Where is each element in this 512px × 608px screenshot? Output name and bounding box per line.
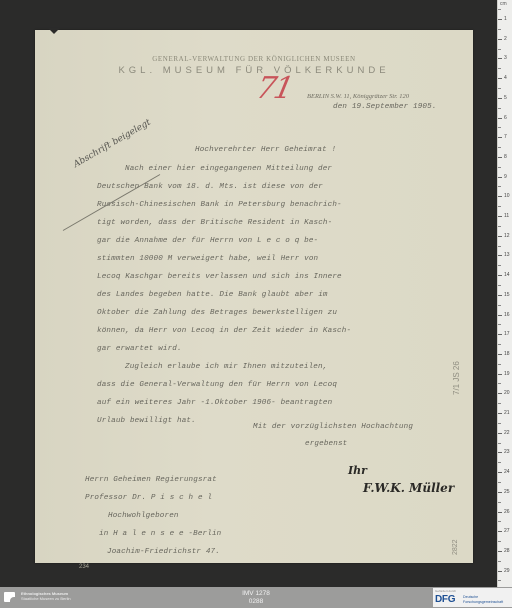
vertical-archive-stamp: 7/1 JS 26	[452, 361, 461, 395]
body-line: tigt worden, dass der Britische Resident…	[97, 219, 332, 227]
ruler-label: 25	[504, 490, 510, 495]
ruler-tick	[498, 334, 502, 335]
ruler-label: 22	[504, 431, 510, 436]
red-archive-number: 71	[253, 71, 295, 106]
funder-caption: Gefördert durch	[435, 589, 456, 593]
funder-name-line-2: Forschungsgemeinschaft	[463, 600, 503, 605]
signature-ihr: Ihr	[348, 464, 367, 477]
ruler-tick	[498, 246, 501, 247]
ruler-label: 16	[504, 313, 510, 318]
ruler-tick	[498, 531, 502, 532]
ruler-tick	[498, 561, 501, 562]
ruler-label: 8	[504, 155, 507, 160]
ruler-tick	[498, 49, 501, 50]
ruler-tick	[498, 551, 502, 552]
recipient-line: Hochwohlgeboren	[108, 512, 179, 520]
ruler-tick	[498, 354, 502, 355]
ruler-tick	[498, 196, 502, 197]
ruler-label: 18	[504, 352, 510, 357]
body-line: stimmten 10000 M verweigert habe, weil H…	[97, 255, 318, 263]
ruler-tick	[498, 255, 502, 256]
ruler-tick	[498, 98, 502, 99]
ruler-tick	[498, 393, 502, 394]
ruler-tick	[498, 571, 502, 572]
ruler-tick	[498, 68, 501, 69]
ruler-tick	[498, 177, 502, 178]
body-line: Lecoq Kaschgar bereits verlassen und sic…	[97, 273, 342, 281]
ruler-tick	[498, 275, 502, 276]
ruler-label: 13	[504, 253, 510, 258]
ruler-tick	[498, 226, 501, 227]
ruler-tick	[498, 58, 502, 59]
ruler-label: 2	[504, 37, 507, 42]
ruler-tick	[498, 265, 501, 266]
closing-line: Mit der vorzüglichsten Hochachtung	[253, 423, 413, 431]
recipient-line: Professor Dr. P i s c h e l	[85, 494, 212, 502]
shelfmark-block: IMV 1278 0288	[226, 590, 286, 606]
ruler-label: 29	[504, 569, 510, 574]
cm-ruler: cm 1234567891011121314151617181920212223…	[497, 0, 512, 587]
sender-address: BERLIN S.W. 11, Königgrätzer Str. 120	[307, 93, 409, 100]
ruler-label: 27	[504, 529, 510, 534]
ruler-label: 28	[504, 549, 510, 554]
ruler-tick	[498, 492, 502, 493]
ruler-tick	[498, 295, 502, 296]
ruler-tick	[498, 433, 502, 434]
ruler-tick	[498, 216, 502, 217]
ruler-tick	[498, 452, 502, 453]
funder-name: Deutsche Forschungsgemeinschaft	[463, 595, 503, 604]
body-line: gar erwartet wird.	[97, 345, 182, 353]
ruler-label: 7	[504, 135, 507, 140]
dfg-funder-badge: Gefördert durch DFG Deutsche Forschungsg…	[433, 588, 512, 607]
signature-name: F.W.K. Müller	[363, 481, 454, 495]
greeting: Hochverehrter Herr Geheimrat !	[195, 146, 336, 154]
letter-page: GENERAL-VERWALTUNG DER KÖNIGLICHEN MUSEE…	[35, 30, 473, 563]
body-line: Oktober die Zahlung des Betrages bewerks…	[97, 309, 337, 317]
ruler-label: 24	[504, 470, 510, 475]
body-line: dass die General-Verwaltung den für Herr…	[97, 381, 337, 389]
body-line: des Landes begeben hatte. Die Bank glaub…	[97, 291, 328, 299]
ruler-tick	[498, 108, 501, 109]
ruler-tick	[498, 167, 501, 168]
ruler-tick	[498, 580, 501, 581]
ruler-tick	[498, 472, 502, 473]
ruler-unit: cm	[500, 1, 507, 7]
ruler-tick	[498, 364, 501, 365]
body-line: Zugleich erlaube ich mir Ihnen mitzuteil…	[125, 363, 327, 371]
ruler-label: 12	[504, 234, 510, 239]
ruler-tick	[498, 147, 501, 148]
shelfmark: IMV 1278	[226, 590, 286, 598]
vertical-archive-number: 2822	[452, 539, 459, 555]
body-line: Deutschen Bank vom 18. d. Mts. ist diese…	[97, 183, 323, 191]
ruler-tick	[498, 29, 501, 30]
ruler-tick	[498, 462, 501, 463]
letter-date: den 19.September 1905.	[333, 103, 437, 111]
body-line: Urlaub bewilligt hat.	[97, 417, 196, 425]
ruler-tick	[498, 413, 502, 414]
ruler-tick	[498, 157, 502, 158]
ruler-label: 5	[504, 96, 507, 101]
ruler-label: 15	[504, 293, 510, 298]
museum-logo-icon	[4, 592, 15, 602]
letterhead-line-2: KGL. MUSEUM FÜR VÖLKERKUNDE	[35, 65, 473, 76]
ruler-label: 1	[504, 17, 507, 22]
ruler-tick	[498, 541, 501, 542]
handwritten-margin-note: Abschrift beigelegt	[72, 118, 153, 170]
ruler-label: 3	[504, 56, 507, 61]
recipient-line: in H a l e n s e e -Berlin	[99, 530, 221, 538]
ruler-label: 4	[504, 76, 507, 81]
ruler-label: 19	[504, 372, 510, 377]
ruler-label: 21	[504, 411, 510, 416]
ruler-tick	[498, 521, 501, 522]
body-line: Nach einer hier eingegangenen Mitteilung…	[125, 165, 332, 173]
body-line: können, da Herr von Lecoq in der Zeit wi…	[97, 327, 351, 335]
ruler-tick	[498, 383, 501, 384]
ruler-tick	[498, 403, 501, 404]
dfg-logo-icon: DFG	[435, 594, 455, 605]
ruler-label: 10	[504, 194, 510, 199]
ruler-tick	[498, 502, 501, 503]
body-line: auf ein weiteres Jahr -1.Oktober 1906- b…	[97, 399, 332, 407]
closing-line: ergebenst	[305, 440, 347, 448]
ruler-tick	[498, 423, 501, 424]
ruler-label: 9	[504, 175, 507, 180]
body-line: Russisch-Chinesischen Bank in Petersburg…	[97, 201, 342, 209]
ruler-tick	[498, 186, 501, 187]
ruler-label: 23	[504, 450, 510, 455]
recipient-line: Herrn Geheimen Regierungsrat	[85, 476, 217, 484]
ruler-tick	[498, 315, 502, 316]
ruler-label: 11	[504, 214, 509, 219]
ruler-tick	[498, 324, 501, 325]
ruler-label: 20	[504, 391, 510, 396]
ruler-tick	[498, 78, 502, 79]
ruler-tick	[498, 9, 501, 10]
ruler-tick	[498, 39, 502, 40]
ruler-tick	[498, 19, 502, 20]
institution-parent: Staatliche Museen zu Berlin	[21, 596, 71, 601]
ruler-label: 17	[504, 332, 510, 337]
ruler-label: 6	[504, 116, 507, 121]
institution-credit: Ethnologisches Museum Staatliche Museen …	[21, 591, 71, 601]
page-number: 0288	[226, 598, 286, 606]
ruler-tick	[498, 374, 502, 375]
ruler-tick	[498, 137, 502, 138]
ruler-tick	[498, 88, 501, 89]
ruler-tick	[498, 127, 501, 128]
ruler-tick	[498, 443, 501, 444]
footer-bar: Ethnologisches Museum Staatliche Museen …	[0, 587, 512, 608]
ruler-tick	[498, 482, 501, 483]
pencil-page-note: 234	[79, 564, 89, 570]
ruler-tick	[498, 512, 502, 513]
body-line: gar die Annahme der für Herrn von L e c …	[97, 237, 318, 245]
ruler-tick	[498, 305, 501, 306]
recipient-line: Joachim-Friedrichstr 47.	[107, 548, 220, 556]
ruler-tick	[498, 285, 501, 286]
ruler-label: 26	[504, 510, 510, 515]
ruler-tick	[498, 236, 502, 237]
ruler-tick	[498, 206, 501, 207]
letterhead-line-1: GENERAL-VERWALTUNG DER KÖNIGLICHEN MUSEE…	[35, 55, 473, 63]
ruler-tick	[498, 118, 502, 119]
paper-torn-notch	[48, 28, 60, 34]
ruler-label: 14	[504, 273, 510, 278]
ruler-tick	[498, 344, 501, 345]
